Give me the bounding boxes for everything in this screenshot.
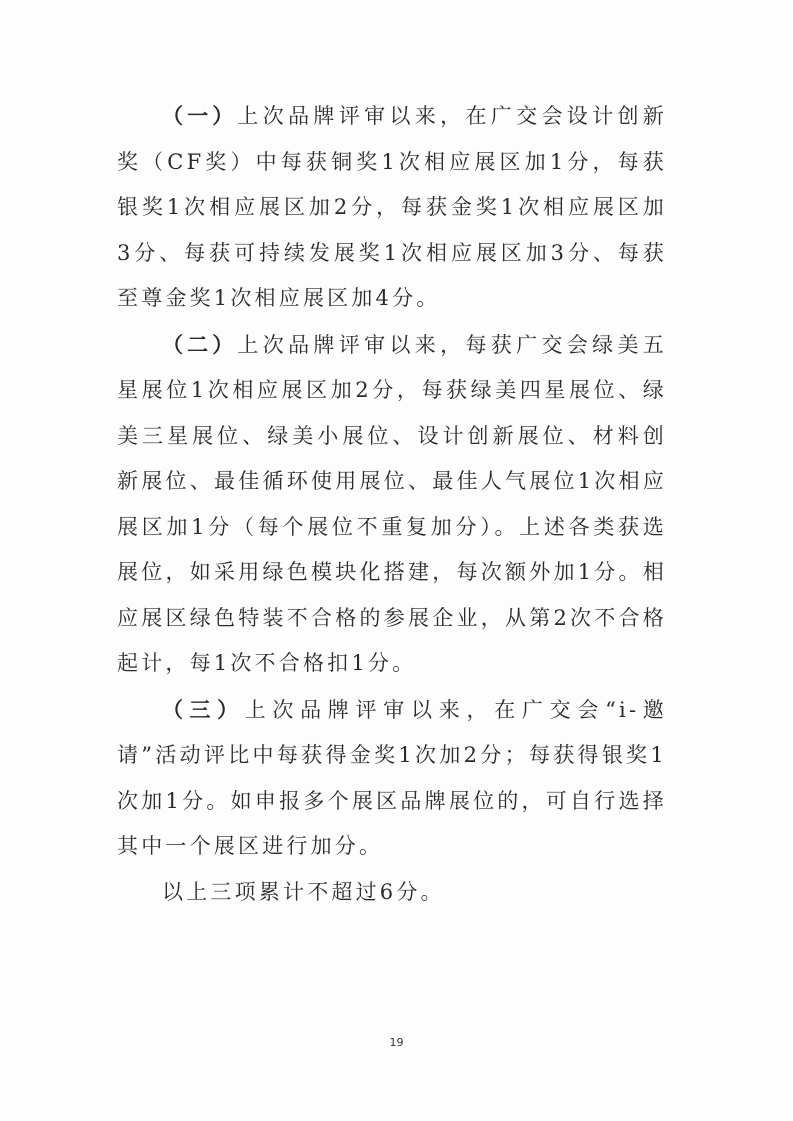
paragraph-3: （三）上次品牌评审以来，在广交会“i-邀请”活动评比中每获得金奖1次加2分；每获… [117,687,667,870]
paragraph-2-heading: （二） [162,332,237,357]
paragraph-1-text: 上次品牌评审以来，在广交会设计创新奖（CF奖）中每获铜奖1次相应展区加1分，每获… [117,104,667,310]
summary-paragraph: 以上三项累计不超过6分。 [117,870,667,916]
document-page: （一）上次品牌评审以来，在广交会设计创新奖（CF奖）中每获铜奖1次相应展区加1分… [0,0,793,1121]
paragraph-2: （二）上次品牌评审以来，每获广交会绿美五星展位1次相应展区加2分，每获绿美四星展… [117,322,667,687]
page-number: 19 [0,1036,793,1049]
paragraph-2-text: 上次品牌评审以来，每获广交会绿美五星展位1次相应展区加2分，每获绿美四星展位、绿… [117,333,667,676]
document-body: （一）上次品牌评审以来，在广交会设计创新奖（CF奖）中每获铜奖1次相应展区加1分… [117,93,667,915]
paragraph-1-heading: （一） [162,103,237,128]
summary-text: 以上三项累计不超过6分。 [162,880,445,904]
paragraph-1: （一）上次品牌评审以来，在广交会设计创新奖（CF奖）中每获铜奖1次相应展区加1分… [117,93,667,322]
paragraph-3-heading: （三） [162,697,245,722]
